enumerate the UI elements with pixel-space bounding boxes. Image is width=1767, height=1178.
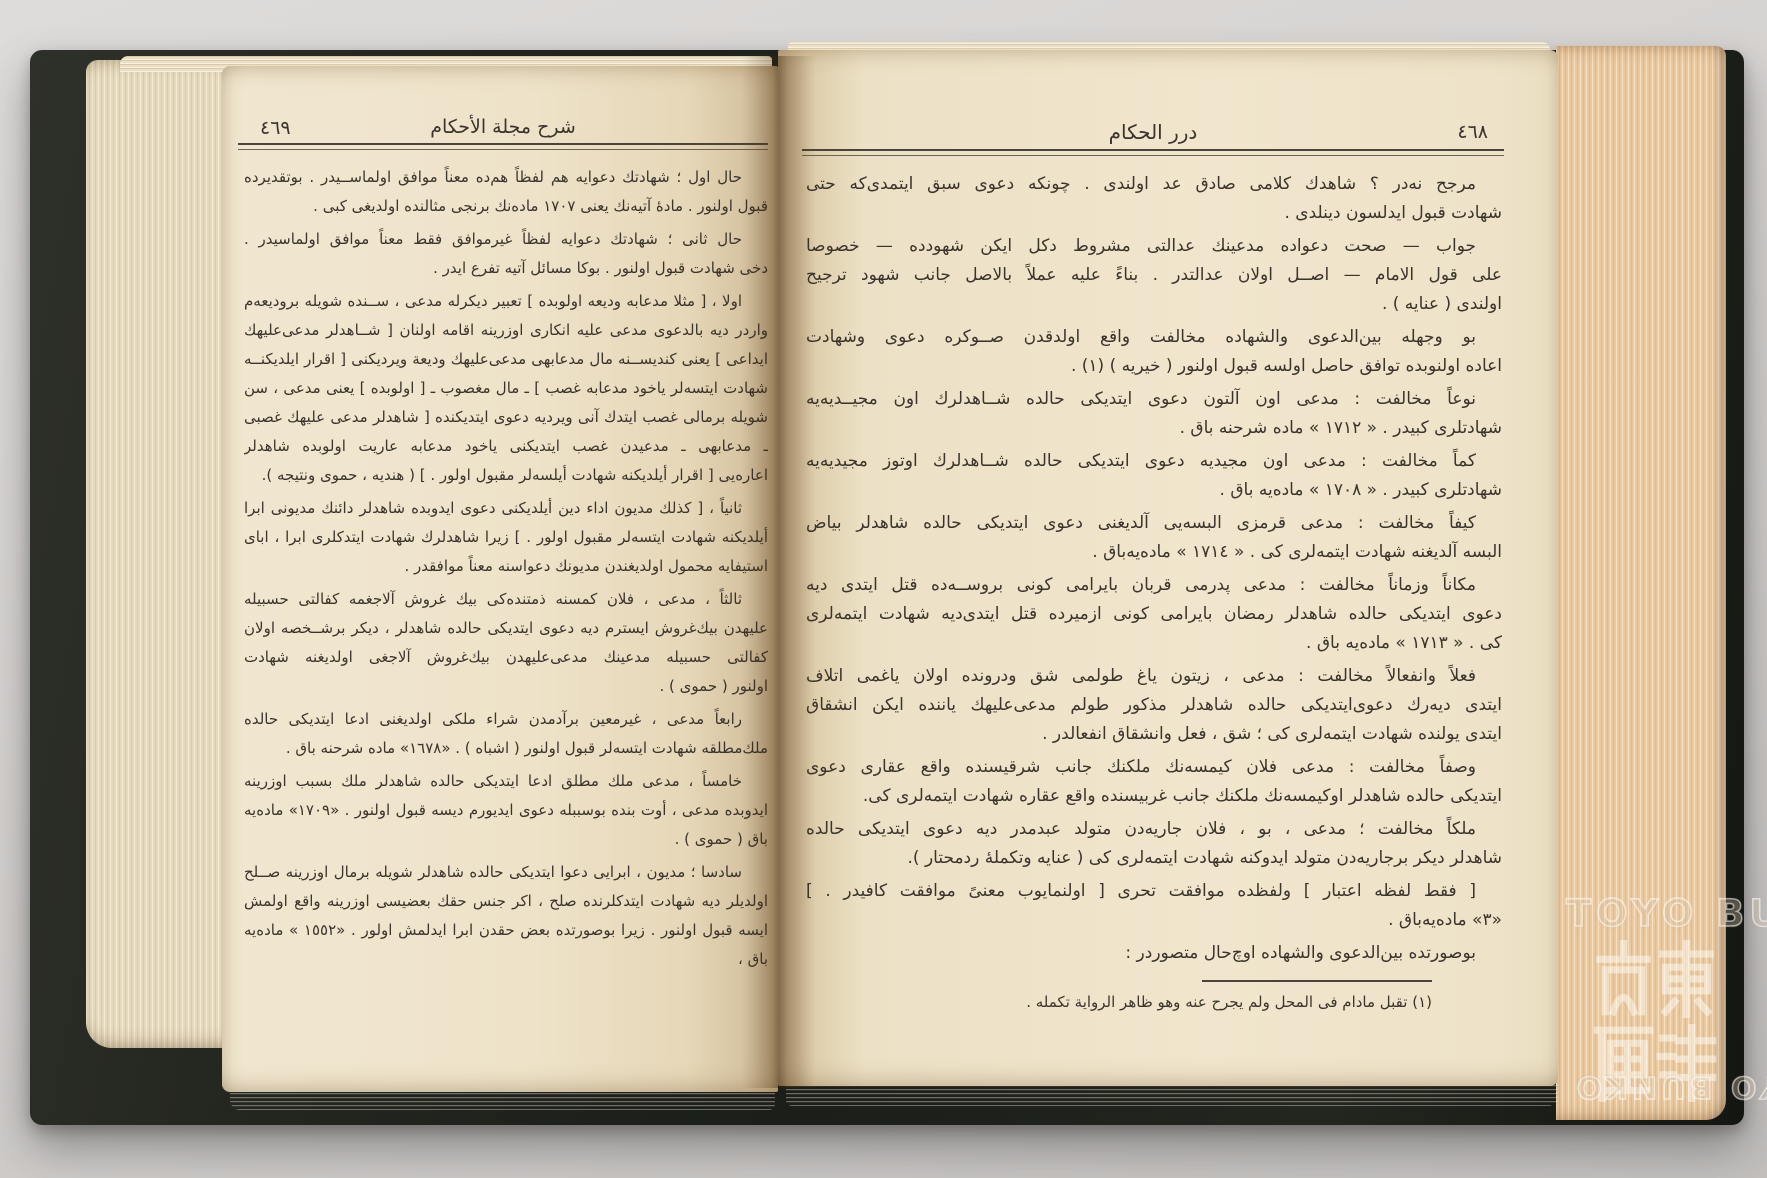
text-line: كى . « ١٧١٣ » ماده‌يه باق .: [806, 629, 1502, 658]
text-line: واردر ديه بالدعوى مدعى عليه انكارى اوزري…: [244, 316, 768, 345]
text-line: كفالتى حسبيله مدعينك مدعى‌عليهدن بيك‌غرو…: [244, 643, 768, 672]
text-line: اولندى ( عنايه ) .: [806, 290, 1502, 319]
text-line: ـ مدعابهى ـ مدعيدن غصب ايتديكنى ياخود مد…: [244, 432, 768, 461]
left-page-body: حال اول ؛ شهادتك دعوايه هم لفظاً هم‌ده م…: [244, 163, 768, 974]
right-page-header: ٤٦٨ درر الحكام: [806, 120, 1500, 144]
footnote-rule: [1202, 980, 1432, 982]
text-line: كيفاً مخالفت : مدعى قرمزى البسه‌يى آلديغ…: [806, 509, 1502, 538]
text-line: حال ثانى ؛ شهادتك دعوايه لفظاً غيرموافق …: [244, 225, 768, 254]
text-line: ايدوبده مدعى ، أوت بنده بوسببله دعوى ايد…: [244, 796, 768, 825]
left-page-header: ٤٦٩ شرح مجلة الأحكام: [242, 116, 764, 138]
text-line: شهادتلرى كبيدر . « ١٧٠٨ » ماده‌يه باق .: [806, 476, 1502, 505]
text-line: فعلاً وانفعالاً مخالفت : مدعى ، زيتون يا…: [806, 662, 1502, 691]
left-running-title: شرح مجلة الأحكام: [430, 116, 576, 138]
text-line: كماً مخالفت : مدعى اون مجيديه دعوى ايتدي…: [806, 447, 1502, 476]
text-line: شويله برمالى غصب ايتدك آنى ويرديه دعوى ا…: [244, 403, 768, 432]
text-line: اعاره‌يى [ اقرار أيلديكنه شهادت أيلسه‌لر…: [244, 461, 768, 490]
text-line: على قول الامام — اصــل اولان عدالتدر . ب…: [806, 261, 1502, 290]
text-line: باق ،: [244, 945, 768, 974]
right-header-rule: [802, 149, 1504, 156]
text-line: وصفاً مخالفت : مدعى فلان كيمسه‌نك ملكنك …: [806, 753, 1502, 782]
text-line: نوعاً مخالفت : مدعى اون آلتون دعوى ايتدي…: [806, 385, 1502, 414]
text-line: ملك‌مطلقه شهادت ايتسه‌لر قبول اولنور ( ا…: [244, 734, 768, 763]
text-line: باق ( حموى ) .: [244, 825, 768, 854]
text-line: اولا ، [ مثلا مدعابه وديعه اولوبده ] تعب…: [244, 287, 768, 316]
right-page: ٤٦٨ درر الحكام مرجح نه‌در ؟ شاهدك كلامى …: [778, 50, 1558, 1086]
text-line: ثالثاً ، مدعى ، فلان كمسنه ذمتنده‌كى بيك…: [244, 585, 768, 614]
left-page: ٤٦٩ شرح مجلة الأحكام حال اول ؛ شهادتك دع…: [222, 66, 778, 1092]
text-line: دعوى ايتديكى حالده شاهدلر رمضان بايرامى …: [806, 600, 1502, 629]
text-line: ايداعى ] يعنى كنديســنه مال مدعابهى مدعى…: [244, 345, 768, 374]
text-line: بو وجهله بين‌الدعوى والشهاده مخالفت واقع…: [806, 323, 1502, 352]
left-page-number: ٤٦٩: [260, 117, 291, 139]
text-line: ايتدى ديه‌رك دعوى‌ايتديكى حالده شاهدلر م…: [806, 691, 1502, 720]
footnote-area: (١) تقبل مادام فى المحل ولم يجرح عنه وهو…: [806, 980, 1502, 1015]
text-line: شهادت قبول ايدلسون دينلدى .: [806, 199, 1502, 228]
text-line: ملكاً مخالفت ؛ مدعى ، بو ، فلان جاريه‌دن…: [806, 815, 1502, 844]
right-running-title: درر الحكام: [1109, 120, 1198, 144]
text-line: ايتدى يولنده شهادت ايتمه‌لرى كى ؛ شق ، ف…: [806, 720, 1502, 749]
text-line: دخى شهادت قبول اولنور . بوكا مسائل آتيه …: [244, 254, 768, 283]
text-line: قبول اولنور . مادهٔ آتيه‌نك يعنى ١٧٠٧ ما…: [244, 192, 768, 221]
text-line: حال اول ؛ شهادتك دعوايه هم لفظاً هم‌ده م…: [244, 163, 768, 192]
text-line: جواب — صحت دعواده مدعينك عدالتى مشروط دك…: [806, 232, 1502, 261]
text-line: ايتديكى حالده شاهدلر اوكيمسه‌نك ملكنك جا…: [806, 782, 1502, 811]
text-line: اعاده اولنوبده توافق حاصل اولسه قبول اول…: [806, 352, 1502, 381]
text-line: استيفايه محمول اولديغندن مديونك دعواسنه …: [244, 552, 768, 581]
right-page-body: مرجح نه‌در ؟ شاهدك كلامى صادق عد اولندى …: [806, 170, 1502, 968]
page-stack-left-edge: [86, 60, 232, 1048]
footnote-text: (١) تقبل مادام فى المحل ولم يجرح عنه وهو…: [806, 989, 1432, 1015]
photo-backdrop: ٤٦٩ شرح مجلة الأحكام حال اول ؛ شهادتك دع…: [0, 0, 1767, 1178]
text-line: سادسا ؛ مديون ، ابرايى دعوا ايتديكى حالد…: [244, 858, 768, 887]
text-line: بوصورتده بين‌الدعوى والشهاده اوچ‌حال متص…: [806, 939, 1502, 968]
text-line: خامساً ، مدعى ملك مطلق ادعا ايتديكى حالد…: [244, 767, 768, 796]
text-line: اولديلر ديه شهادت ايتدكلرنده صلح ، اكر ج…: [244, 887, 768, 916]
text-line: شهادت ايتسه‌لر ياخود مدعابه غصب ] ـ مال …: [244, 374, 768, 403]
text-line: شاهدلر ديكر برجاريه‌دن متولد ايدوكنه شها…: [806, 844, 1502, 873]
right-page-number: ٤٦٨: [1457, 121, 1488, 143]
text-line: [ فقط لفظه اعتبار ] ولفظده موافقت تحرى […: [806, 877, 1502, 906]
text-line: «٣» ماده‌يه‌باق .: [806, 906, 1502, 935]
text-line: اولنور ( حموى ) .: [244, 672, 768, 701]
text-line: شهادتلرى كبيدر . « ١٧١٢ » ماده شرحنه باق…: [806, 414, 1502, 443]
left-header-rule: [238, 143, 768, 150]
text-line: عليهدن بيك‌غروش ايسترم ديه دعوى ايتديكى …: [244, 614, 768, 643]
text-line: أيلديكنه شهادت ايتسه‌لر مقبول اولور . ] …: [244, 523, 768, 552]
text-line: مرجح نه‌در ؟ شاهدك كلامى صادق عد اولندى …: [806, 170, 1502, 199]
text-line: البسه آلديغنه شهادت ايتمه‌لرى كى . « ١٧١…: [806, 538, 1502, 567]
text-line: رابعاً مدعى ، غيرمعين برآدمدن شراء ملكى …: [244, 705, 768, 734]
text-line: ايسه قبول اولنور . زيرا بوصورتده بعض حقد…: [244, 916, 768, 945]
text-line: مكاناً وزماناً مخالفت : مدعى پدرمى قربان…: [806, 571, 1502, 600]
page-stack-right-edge: [1556, 46, 1726, 1120]
text-line: ثانياً ، [ كذلك مديون اداء دين أيلديكنى …: [244, 494, 768, 523]
